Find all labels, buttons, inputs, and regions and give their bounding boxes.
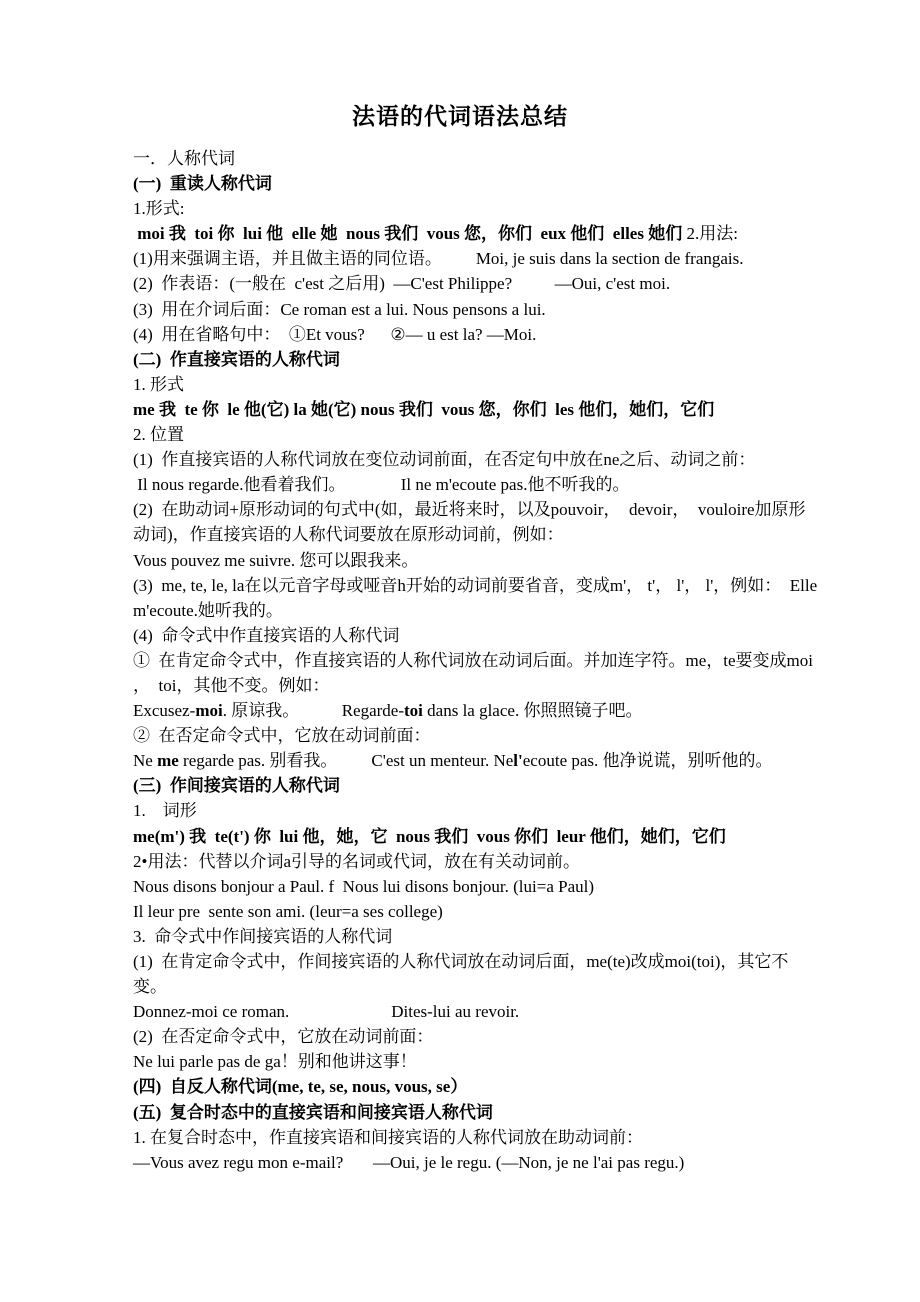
document-body: 一．人称代词(一) 重读人称代词1.形式: moi 我 toi 你 lui 他 … xyxy=(133,146,833,1175)
text-line: Il nous regarde.他看着我们。 Il ne m'ecoute pa… xyxy=(133,472,833,497)
text: (2) 作表语：(一般在 c'est 之后用) —C'est Philippe?… xyxy=(133,274,670,293)
text-line: (一) 重读人称代词 xyxy=(133,171,833,196)
text-line: 1. 形式 xyxy=(133,372,833,397)
text-line: 2•用法：代替以介词a引导的名词或代词，放在有关动词前。 xyxy=(133,849,833,874)
text: 1. 在复合时态中，作直接宾语和间接宾语的人称代词放在助动词前： xyxy=(133,1128,643,1147)
text-line: —Vous avez regu mon e-mail? —Oui, je le … xyxy=(133,1150,833,1175)
bold-text: me(m') 我 te(t') 你 lui 他，她，它 nous 我们 vous… xyxy=(133,827,726,846)
text-line: 1. 在复合时态中，作直接宾语和间接宾语的人称代词放在助动词前： xyxy=(133,1125,833,1150)
text-line: (3) me, te, le, la在以元音字母或哑音h开始的动词前要省音，变成… xyxy=(133,573,833,598)
text-line: (4) 命令式中作直接宾语的人称代词 xyxy=(133,623,833,648)
text: —Vous avez regu mon e-mail? —Oui, je le … xyxy=(133,1153,684,1172)
text: 1.形式: xyxy=(133,199,184,218)
text-line: Vous pouvez me suivre. 您可以跟我来。 xyxy=(133,548,833,573)
text-line: (四) 自反人称代词(me, te, se, nous, vous, se） xyxy=(133,1074,833,1099)
text-line: 1. 词形 xyxy=(133,798,833,823)
text: m'ecoute.她听我的。 xyxy=(133,601,283,620)
text: ， toi，其他不变。例如： xyxy=(133,676,329,695)
text-line: moi 我 toi 你 lui 他 elle 她 nous 我们 vous 您，… xyxy=(133,221,833,246)
document-page: 法语的代词语法总结 一．人称代词(一) 重读人称代词1.形式: moi 我 to… xyxy=(0,0,920,1302)
bold-text: (一) 重读人称代词 xyxy=(133,174,272,193)
text-line: Il leur pre sente son ami. (leur=a ses c… xyxy=(133,899,833,924)
text-line: (1) 在肯定命令式中，作间接宾语的人称代词放在动词后面，me(te)改成moi… xyxy=(133,949,833,974)
bold-text: me xyxy=(157,751,179,770)
bold-text: moi 我 toi 你 lui 他 elle 她 nous 我们 vous 您，… xyxy=(133,224,686,243)
text-line: me 我 te 你 le 他(它) la 她(它) nous 我们 vous 您… xyxy=(133,397,833,422)
text-line: ② 在否定命令式中，它放在动词前面： xyxy=(133,723,833,748)
text-line: Nous disons bonjour a Paul. f Nous lui d… xyxy=(133,874,833,899)
text: 3. 命令式中作间接宾语的人称代词 xyxy=(133,927,392,946)
text-line: Donnez-moi ce roman. Dites-lui au revoir… xyxy=(133,999,833,1024)
text: (3) me, te, le, la在以元音字母或哑音h开始的动词前要省音，变成… xyxy=(133,576,817,595)
text-line: ， toi，其他不变。例如： xyxy=(133,673,833,698)
text: (4) 命令式中作直接宾语的人称代词 xyxy=(133,626,399,645)
text: Donnez-moi ce roman. Dites-lui au revoir… xyxy=(133,1002,519,1021)
text-line: (4) 用在省略句中： ①Et vous? ②— u est la? —Moi. xyxy=(133,322,833,347)
text-line: m'ecoute.她听我的。 xyxy=(133,598,833,623)
text: Il leur pre sente son ami. (leur=a ses c… xyxy=(133,902,443,921)
text: 一．人称代词 xyxy=(133,149,235,168)
text: 动词)，作直接宾语的人称代词要放在原形动词前，例如： xyxy=(133,525,564,544)
bold-text: l' xyxy=(513,751,522,770)
text: 变。 xyxy=(133,977,167,996)
text-line: (2) 在否定命令式中，它放在动词前面： xyxy=(133,1024,833,1049)
text: 1. 形式 xyxy=(133,375,184,394)
bold-text: moi xyxy=(195,701,222,720)
text-line: (2) 在助动词+原形动词的句式中(如，最近将来时，以及pouvoir， dev… xyxy=(133,497,833,522)
text-line: 动词)，作直接宾语的人称代词要放在原形动词前，例如： xyxy=(133,522,833,547)
text-line: 3. 命令式中作间接宾语的人称代词 xyxy=(133,924,833,949)
text: regarde pas. 别看我。 C'est un menteur. Ne xyxy=(179,751,514,770)
text: . 原谅我。 Regarde- xyxy=(223,701,404,720)
text: (1)用来强调主语，并且做主语的同位语。 Moi, je suis dans l… xyxy=(133,249,744,268)
text: (2) 在助动词+原形动词的句式中(如，最近将来时，以及pouvoir， dev… xyxy=(133,500,806,519)
text: (1) 作直接宾语的人称代词放在变位动词前面，在否定句中放在ne之后、动词之前： xyxy=(133,450,755,469)
text-line: Ne lui parle pas de ga！别和他讲这事！ xyxy=(133,1049,833,1074)
text-line: me(m') 我 te(t') 你 lui 他，她，它 nous 我们 vous… xyxy=(133,824,833,849)
bold-text: me 我 te 你 le 他(它) la 她(它) nous 我们 vous 您… xyxy=(133,400,714,419)
text: (1) 在肯定命令式中，作间接宾语的人称代词放在动词后面，me(te)改成moi… xyxy=(133,952,788,971)
text-line: (1)用来强调主语，并且做主语的同位语。 Moi, je suis dans l… xyxy=(133,246,833,271)
text-line: 一．人称代词 xyxy=(133,146,833,171)
text: Ne xyxy=(133,751,157,770)
text: ① 在肯定命令式中，作直接宾语的人称代词放在动词后面。并加连字符。me，te要变… xyxy=(133,651,813,670)
bold-text: toi xyxy=(404,701,423,720)
text-line: ① 在肯定命令式中，作直接宾语的人称代词放在动词后面。并加连字符。me，te要变… xyxy=(133,648,833,673)
text-line: 变。 xyxy=(133,974,833,999)
text: Nous disons bonjour a Paul. f Nous lui d… xyxy=(133,877,594,896)
text: ecoute pas. 他净说谎，别听他的。 xyxy=(523,751,773,770)
text-line: 2. 位置 xyxy=(133,422,833,447)
text-line: (二) 作直接宾语的人称代词 xyxy=(133,347,833,372)
text: 1. 词形 xyxy=(133,801,197,820)
text: dans la glace. 你照照镜子吧。 xyxy=(423,701,643,720)
text: Vous pouvez me suivre. 您可以跟我来。 xyxy=(133,551,418,570)
text: Ne lui parle pas de ga！别和他讲这事！ xyxy=(133,1052,417,1071)
bold-text: (二) 作直接宾语的人称代词 xyxy=(133,350,340,369)
text: ② 在否定命令式中，它放在动词前面： xyxy=(133,726,431,745)
text-line: (2) 作表语：(一般在 c'est 之后用) —C'est Philippe?… xyxy=(133,271,833,296)
text-line: (三) 作间接宾语的人称代词 xyxy=(133,773,833,798)
text: (3) 用在介词后面：Ce roman est a lui. Nous pens… xyxy=(133,300,546,319)
text: 2.用法: xyxy=(686,224,737,243)
document-title: 法语的代词语法总结 xyxy=(0,102,920,132)
text-line: Excusez-moi. 原谅我。 Regarde-toi dans la gl… xyxy=(133,698,833,723)
text: Excusez- xyxy=(133,701,195,720)
text: Il nous regarde.他看着我们。 Il ne m'ecoute pa… xyxy=(133,475,629,494)
text-line: Ne me regarde pas. 别看我。 C'est un menteur… xyxy=(133,748,833,773)
text: 2•用法：代替以介词a引导的名词或代词，放在有关动词前。 xyxy=(133,852,580,871)
text-line: (五) 复合时态中的直接宾语和间接宾语人称代词 xyxy=(133,1100,833,1125)
text-line: (3) 用在介词后面：Ce roman est a lui. Nous pens… xyxy=(133,297,833,322)
bold-text: (五) 复合时态中的直接宾语和间接宾语人称代词 xyxy=(133,1103,493,1122)
text: (2) 在否定命令式中，它放在动词前面： xyxy=(133,1027,433,1046)
text-line: (1) 作直接宾语的人称代词放在变位动词前面，在否定句中放在ne之后、动词之前： xyxy=(133,447,833,472)
text: 2. 位置 xyxy=(133,425,184,444)
text: (4) 用在省略句中： ①Et vous? ②— u est la? —Moi. xyxy=(133,325,536,344)
bold-text: (四) 自反人称代词(me, te, se, nous, vous, se） xyxy=(133,1077,467,1096)
text-line: 1.形式: xyxy=(133,196,833,221)
bold-text: (三) 作间接宾语的人称代词 xyxy=(133,776,340,795)
